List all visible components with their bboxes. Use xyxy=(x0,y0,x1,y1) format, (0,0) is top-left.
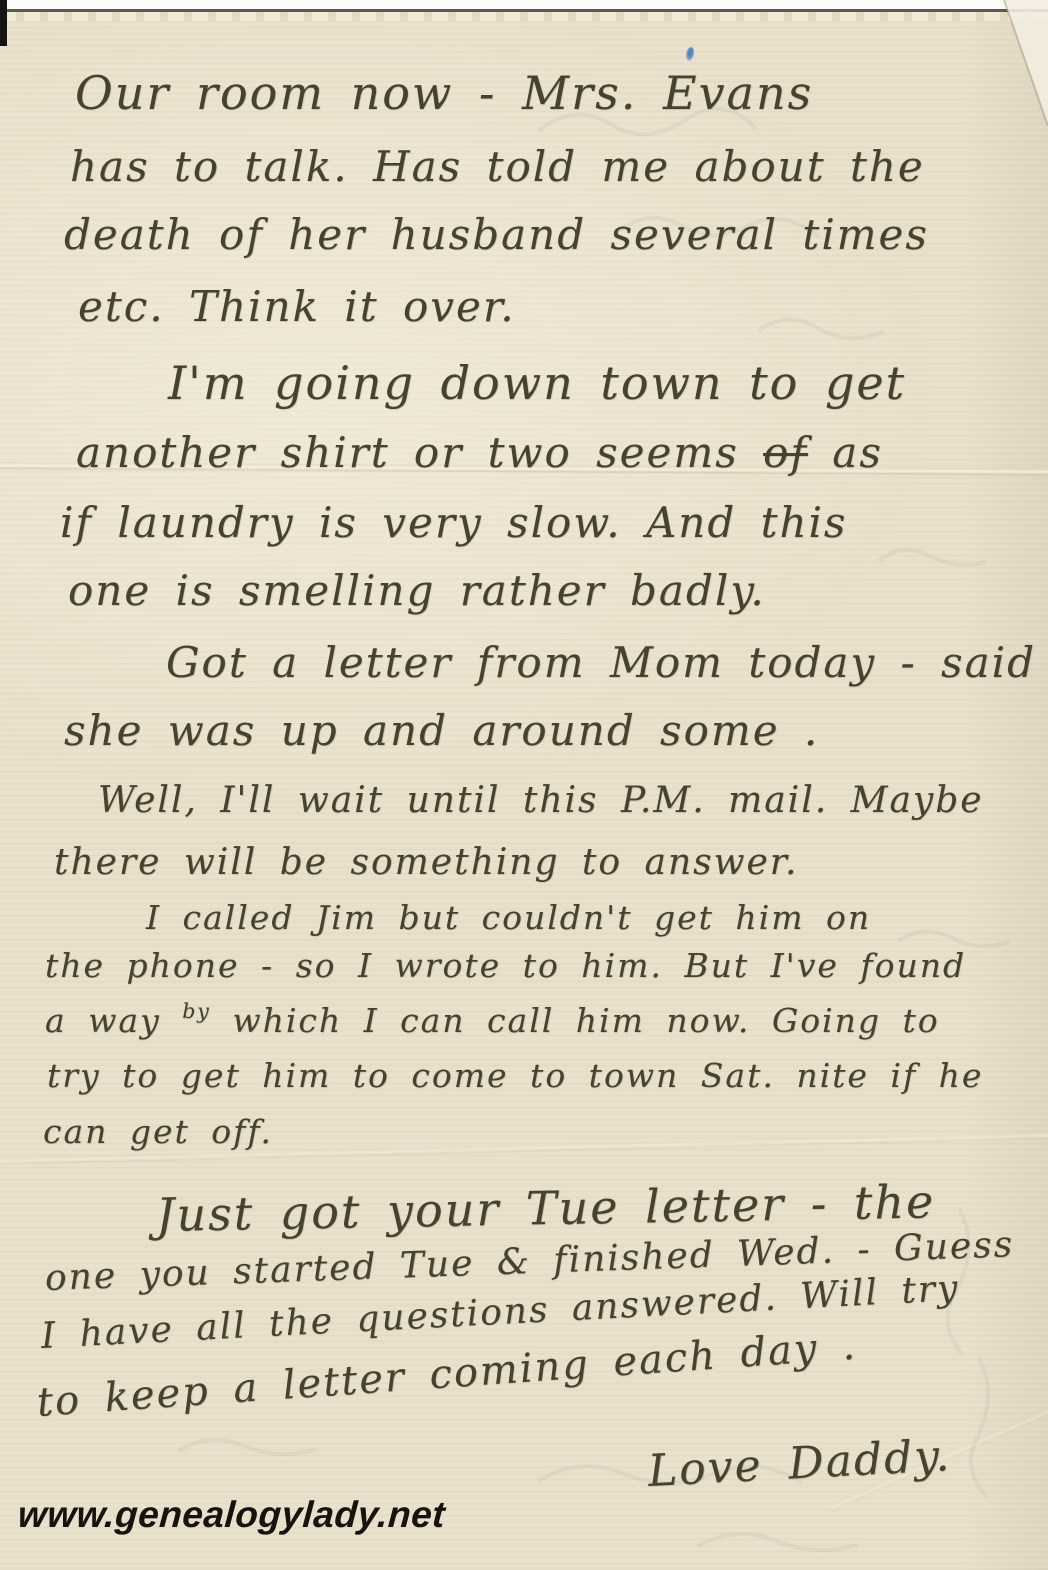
line-segment: another shirt or two seems xyxy=(76,428,763,477)
letter-line: one is smelling rather badly. xyxy=(68,566,766,615)
letter-line: if laundry is very slow. And this xyxy=(60,498,848,547)
inserted-word: by xyxy=(182,999,211,1023)
scanned-letter-page: Our room now - Mrs. Evanshas to talk. Ha… xyxy=(0,0,1048,1570)
letter-line: etc. Think it over. xyxy=(78,282,516,331)
letter-line: there will be something to answer. xyxy=(54,842,798,883)
letter-body: Our room now - Mrs. Evanshas to talk. Ha… xyxy=(0,0,1048,1570)
letter-line: Well, I'll wait until this P.M. mail. Ma… xyxy=(98,780,984,821)
letter-line: she was up and around some . xyxy=(64,706,819,755)
struck-word: of xyxy=(763,428,808,477)
letter-line: a way by which I can call him now. Going… xyxy=(45,1001,940,1040)
letter-line: Our room now - Mrs. Evans xyxy=(75,66,813,120)
line-segment: a way xyxy=(45,1001,182,1040)
letter-line: death of her husband several times xyxy=(64,210,929,259)
letter-line: another shirt or two seems of as xyxy=(76,428,883,477)
letter-line: I called Jim but couldn't get him on xyxy=(146,898,871,937)
letter-line: try to get him to come to town Sat. nite… xyxy=(47,1056,983,1095)
letter-line: I'm going down town to get xyxy=(168,356,906,410)
letter-line: has to talk. Has told me about the xyxy=(70,142,925,191)
letter-line: can get off. xyxy=(43,1112,273,1151)
letter-line: Got a letter from Mom today - said xyxy=(166,638,1036,687)
letter-line: the phone - so I wrote to him. But I've … xyxy=(45,946,966,985)
line-segment: which I can call him now. Going to xyxy=(211,1001,940,1040)
watermark: www.genealogylady.net xyxy=(17,1494,447,1536)
line-segment: as xyxy=(808,428,883,477)
